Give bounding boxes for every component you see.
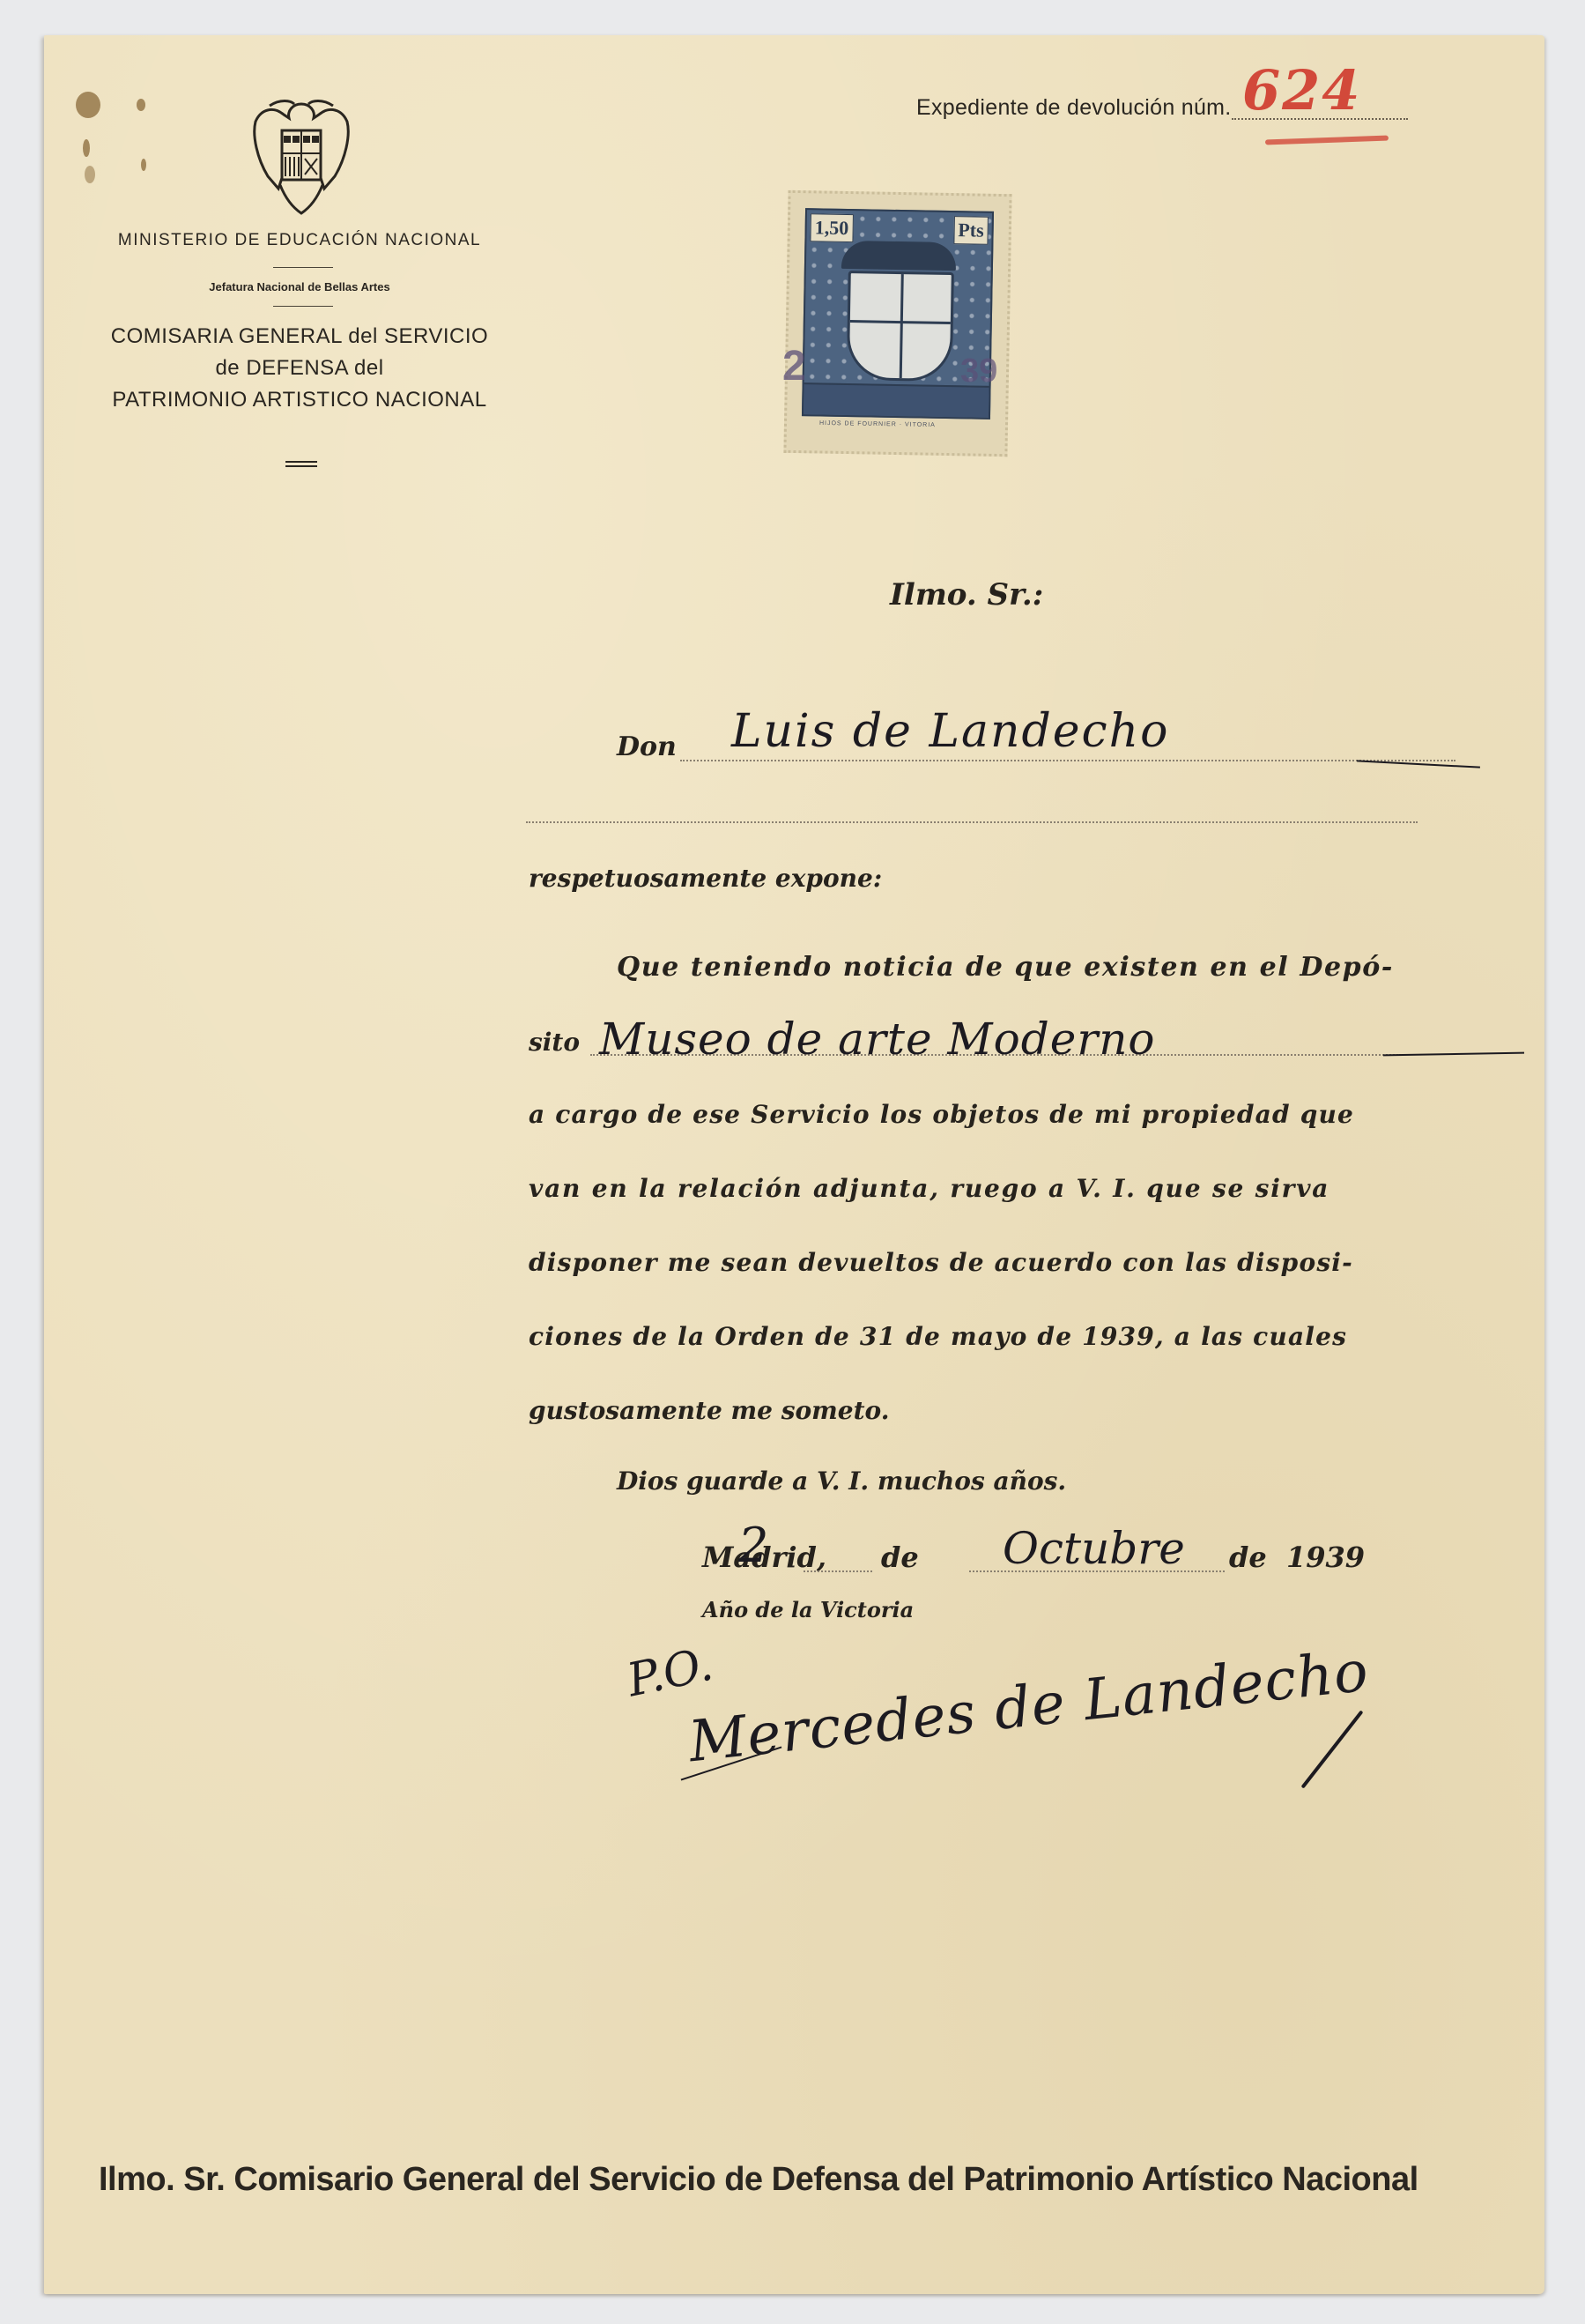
divider	[273, 267, 333, 268]
expediente-number: 624	[1242, 58, 1361, 123]
body-line-5: disponer me sean devueltos de acuerdo co…	[529, 1248, 1353, 1277]
double-rule	[285, 461, 317, 467]
date-year: 1939	[1286, 1541, 1365, 1574]
jefatura-heading: Jefatura Nacional de Bellas Artes	[97, 280, 502, 293]
comisaria-line-1: COMISARIA GENERAL del SERVICIO	[97, 321, 502, 353]
comisaria-line-2: de DEFENSA del	[97, 353, 502, 384]
eagle-crest-icon	[841, 241, 957, 271]
footer-addressee: Ilmo. Sr. Comisario General del Servicio…	[99, 2161, 1438, 2199]
body-intro: respetuosamente expone:	[529, 864, 882, 893]
ministry-heading: MINISTERIO DE EDUCACIÓN NACIONAL	[97, 231, 502, 250]
stain-mark	[83, 139, 90, 157]
stain-mark	[137, 99, 145, 111]
body-line-3: a cargo de ese Servicio los objetos de m…	[529, 1100, 1354, 1129]
applicant-name-handwritten: Luis de Landecho	[731, 705, 1169, 758]
date-de-2: de	[1229, 1541, 1267, 1574]
postmark-day: 2	[782, 342, 811, 390]
stamp-currency: Pts	[953, 216, 989, 245]
body-line-7: gustosamente me someto.	[529, 1396, 889, 1425]
applicant-dotted-line	[680, 760, 1455, 761]
day-dotted-line	[804, 1570, 872, 1572]
stain-mark	[76, 92, 100, 118]
applicant-label: Don	[617, 731, 677, 762]
comisaria-heading: COMISARIA GENERAL del SERVICIO de DEFENS…	[97, 321, 502, 416]
divider	[273, 306, 333, 307]
deposit-handwritten: Museo de arte Moderno	[599, 1014, 1156, 1065]
body-line-2-prefix: sito	[529, 1028, 580, 1057]
date-month-handwritten: Octubre	[1003, 1523, 1185, 1574]
stain-mark	[141, 159, 146, 171]
comisaria-line-3: PATRIMONIO ARTISTICO NACIONAL	[97, 384, 502, 416]
blank-dotted-line	[526, 821, 1418, 823]
body-line-1: Que teniendo noticia de que existen en e…	[617, 952, 1394, 983]
salutation: Ilmo. Sr.:	[890, 577, 1043, 613]
postmark-year: 39	[960, 353, 997, 390]
date-de-1: de	[881, 1541, 919, 1574]
body-line-6: ciones de la Orden de 31 de mayo de 1939…	[529, 1322, 1347, 1351]
expediente-label: Expediente de devolución núm.	[916, 95, 1232, 121]
date-era: Año de la Victoria	[702, 1597, 914, 1622]
shield-icon	[847, 271, 954, 382]
coat-of-arms-icon	[248, 97, 354, 220]
closing: Dios guarde a V. I. muchos años.	[617, 1466, 1066, 1496]
stamp-value: 1,50	[810, 213, 853, 242]
date-day-handwritten: 2	[738, 1518, 768, 1573]
stain-mark	[85, 166, 95, 183]
body-line-4: van en la relación adjunta, ruego a V. I…	[529, 1174, 1329, 1203]
